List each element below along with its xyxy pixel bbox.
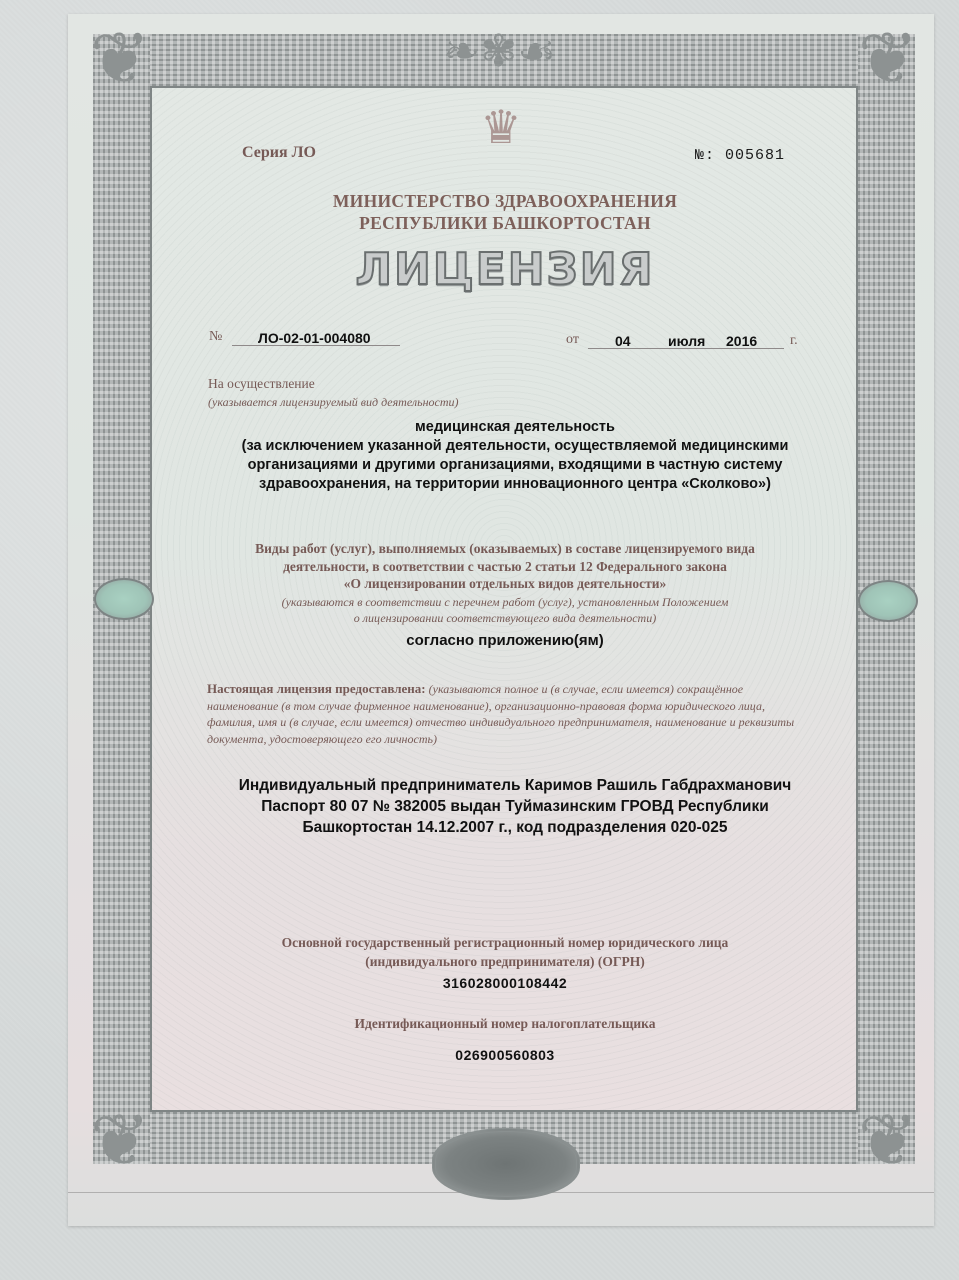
activity-value: медицинская деятельность (за исключением… [200,418,830,494]
corner-ornament-icon: ❦ [80,1100,160,1180]
ogrn-label-line-2: (индивидуального предпринимателя) (ОГРН) [240,952,770,971]
serial-number: №: 005681 [695,147,785,164]
holder-label: Настоящая лицензия предоставлена: [207,681,426,696]
works-label-line-2: деятельности, в соответствии с частью 2 … [200,558,810,576]
works-hint: (указываются в соответствии с перечнем р… [200,594,810,626]
ogrn-label-line-1: Основной государственный регистрационный… [240,933,770,952]
works-hint-line-2: о лицензировании соответствующего вида д… [200,610,810,626]
shell-ornament-icon: ❧✾☙ [430,22,570,82]
activity-title: медицинская деятельность [200,418,830,437]
date-prefix: от [566,332,579,348]
holder-label-block: Настоящая лицензия предоставлена: (указы… [207,681,807,747]
activity-detail: (за исключением указанной деятельности, … [200,437,830,494]
series-label: Серия ЛО [242,144,316,162]
corner-ornament-icon: ❦ [80,18,160,98]
date-suffix: г. [790,333,798,349]
activity-label: На осуществление [208,376,315,392]
side-medallion-right [858,580,918,622]
issuing-authority: МИНИСТЕРСТВО ЗДРАВООХРАНЕНИЯ РЕСПУБЛИКИ … [250,190,760,234]
ogrn-label: Основной государственный регистрационный… [240,933,770,971]
holder-name: Индивидуальный предприниматель Каримов Р… [195,775,835,796]
holder-value: Индивидуальный предприниматель Каримов Р… [195,775,835,838]
bottom-cartouche [432,1128,580,1200]
corner-ornament-icon: ❦ [848,18,928,98]
works-value: согласно приложению(ям) [200,632,810,649]
license-number: ЛО-02-01-004080 [258,330,371,346]
date-day: 04 [615,333,631,349]
works-hint-line-1: (указываются в соответствии с перечнем р… [200,594,810,610]
side-medallion-left [94,578,154,620]
issuer-line-1: МИНИСТЕРСТВО ЗДРАВООХРАНЕНИЯ [250,190,760,212]
works-label-line-1: Виды работ (услуг), выполняемых (оказыва… [200,540,810,558]
holder-passport-issue: Башкортостан 14.12.2007 г., код подразде… [195,817,835,838]
double-headed-eagle-icon: ♛ [476,96,526,158]
works-label-line-3: «О лицензировании отдельных видов деятел… [200,575,810,593]
ogrn-value: 316028000108442 [240,975,770,991]
document-title: ЛИЦЕНЗИЯ [340,244,670,296]
holder-passport: Паспорт 80 07 № 382005 выдан Туймазински… [195,796,835,817]
inn-label: Идентификационный номер налогоплательщик… [240,1016,770,1032]
activity-hint: (указывается лицензируемый вид деятельно… [208,395,459,410]
corner-ornament-icon: ❦ [848,1100,928,1180]
date-year: 2016 [726,333,757,349]
license-number-label: № [209,329,222,345]
issuer-line-2: РЕСПУБЛИКИ БАШКОРТОСТАН [250,212,760,234]
works-label: Виды работ (услуг), выполняемых (оказыва… [200,540,810,593]
inn-value: 026900560803 [240,1047,770,1063]
date-month: июля [668,333,705,349]
